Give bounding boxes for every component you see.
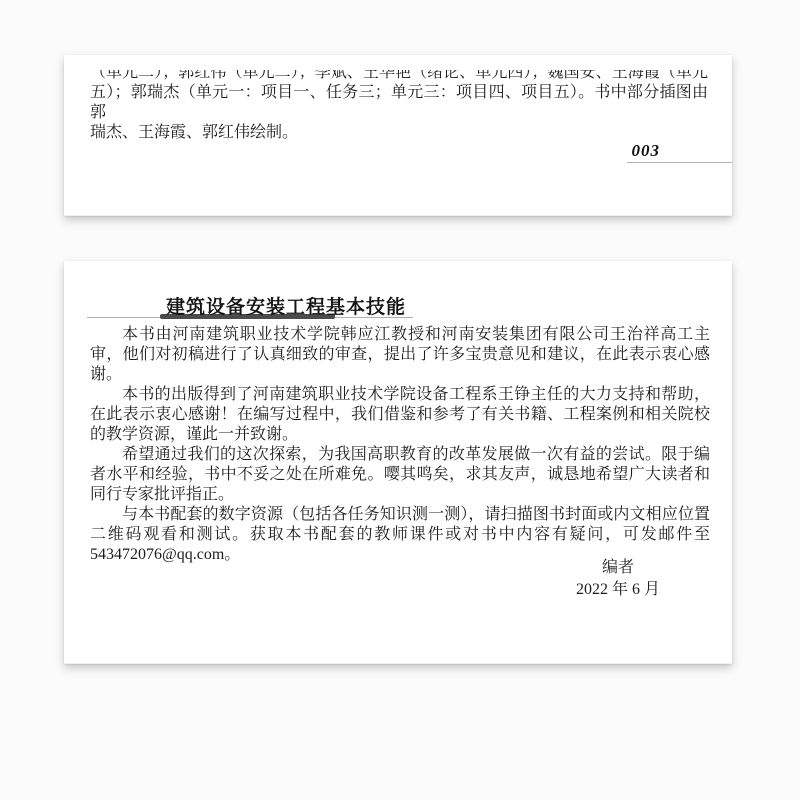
page-number-rule [627,162,732,163]
text-line-1: （单元二）；郭红伟（单元二）；李斌、王华艳（绪论、单元四）；魏国安、王海霞（单元 [90,70,708,83]
clipped-text-line: （单元二）；郭红伟（单元二）；李斌、王华艳（绪论、单元四）；魏国安、王海霞（单元 [90,70,708,83]
preface-end-text: （单元二）；郭红伟（单元二）；李斌、王华艳（绪论、单元四）；魏国安、王海霞（单元… [90,70,708,143]
paragraph-acknowledgement-support: 本书的出版得到了河南建筑职业技术学院设备工程系王铮主任的大力支持和帮助，在此表示… [90,385,710,445]
running-head-book-title: 建筑设备安装工程基本技能 [166,292,406,319]
text-line-2: 五）；郭瑞杰（单元一：项目一、任务三；单元三：项目四、项目五）。书中部分插图由郭 [90,83,708,123]
paragraph-digital-resources: 与本书配套的数字资源（包括各任务知识测一测），请扫描图书封面或内文相应位置二维码… [90,505,710,565]
preface-body-text: 本书由河南建筑职业技术学院韩应江教授和河南安装集团有限公司王治祥高工主审，他们对… [90,325,710,565]
text-line-3: 瑞杰、王海霞、郭红伟绘制。 [90,123,708,143]
page-number: 003 [632,141,661,161]
paragraph-hope-and-apology: 希望通过我们的这次探索，为我国高职教育的改革发展做一次有益的尝试。限于编者水平和… [90,445,710,505]
document-preview-canvas: （单元二）；郭红伟（单元二）；李斌、王华艳（绪论、单元四）；魏国安、王海霞（单元… [0,0,800,800]
signoff-block: 编者 2022 年 6 月 [576,557,660,601]
page-preface-end: （单元二）；郭红伟（单元二）；李斌、王华艳（绪论、单元四）；魏国安、王海霞（单元… [64,55,732,216]
signature-date: 2022 年 6 月 [576,579,660,601]
paragraph-acknowledgement-reviewers: 本书由河南建筑职业技术学院韩应江教授和河南安装集团有限公司王治祥高工主审，他们对… [90,325,710,385]
signature-editor: 编者 [576,557,660,579]
page-preface-body: 建筑设备安装工程基本技能 本书由河南建筑职业技术学院韩应江教授和河南安装集团有限… [64,261,732,664]
